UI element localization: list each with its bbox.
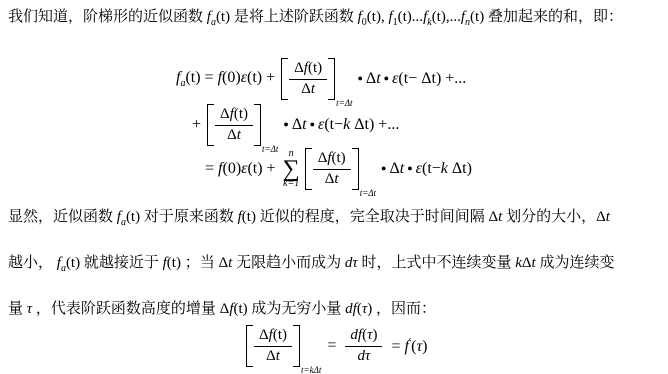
text-run: 我们知道，阶梯形的近似函数 [8, 9, 207, 25]
text-run: ) [422, 338, 427, 355]
fraction-numerator: Δf(t) [254, 327, 292, 346]
summation-sigma: n ∑ k=1 [283, 149, 300, 189]
right-bracket-icon [352, 148, 359, 190]
text-run: Δ [301, 81, 311, 97]
bracket-subscript-final: t=kΔt [301, 365, 321, 374]
text-run: (t− [422, 160, 441, 177]
text-run: 对于原来函数 [144, 209, 238, 225]
text-run: Δt) [448, 160, 472, 177]
text-run: (t) + [247, 69, 279, 86]
text-run: (t),... [432, 9, 461, 25]
text-run: t [311, 81, 315, 97]
text-run: Δ [318, 150, 328, 166]
sigma-icon: ∑ [283, 159, 300, 179]
text-run: Δ [227, 127, 237, 143]
left-bracket-icon [281, 58, 288, 100]
fraction-dft-dt: Δf(t) Δt [288, 58, 328, 100]
text-run: ● [381, 163, 386, 173]
text-run: df [350, 327, 362, 343]
paragraph-2-line-2: 越小， fa(t) 就越接近于 f(t) ；当 Δt 无限趋小而成为 dτ 时，… [8, 252, 614, 280]
fraction-denominator: Δt [301, 80, 315, 98]
text-run: t [237, 127, 241, 143]
text-run: d [357, 348, 365, 364]
bracketed-difference-quotient-final: Δf(t) Δt t=kΔt [246, 325, 321, 367]
text-run: 近似的程度，完全取决于时间间隔 [260, 209, 489, 225]
text-run: 是将上述阶跃函数 [234, 9, 358, 25]
text-run: (t) [126, 209, 144, 225]
left-bracket-icon [246, 325, 253, 367]
text-run: 叠加起来的和，即： [488, 9, 623, 25]
text-run: t [400, 160, 404, 177]
text-run: 成为无穷小量 [251, 301, 345, 317]
text-run: 越小， [8, 255, 57, 271]
left-bracket-icon [305, 148, 312, 190]
fraction-dft-dt: Δf(t) Δt [253, 325, 293, 367]
text-run: Δ [366, 70, 376, 87]
text-run: = [387, 338, 404, 355]
fraction-dft-dt: Δf(t) Δt [214, 104, 254, 146]
paragraph-intro: 我们知道，阶梯形的近似函数 fa(t) 是将上述阶跃函数 f0(t), f1(t… [8, 6, 623, 34]
document-page: 我们知道，阶梯形的近似函数 fa(t) 是将上述阶跃函数 f0(t), f1(t… [0, 0, 668, 374]
fraction-dft-dt: Δf(t) Δt [312, 148, 352, 190]
equals-sign: = [323, 337, 340, 355]
text-run: ，代表阶跃函数高度的增量 [32, 301, 220, 317]
fraction-numerator: Δf(t) [313, 150, 351, 169]
eq3-tail: ●Δt●ε(t−k Δt) [378, 160, 472, 178]
text-run: ● [357, 73, 362, 83]
right-bracket-icon [328, 58, 335, 100]
text-run: (t) [233, 301, 251, 317]
text-run: Δ [259, 327, 269, 343]
text-run: (t) [273, 327, 287, 343]
text-run: (t)... [398, 9, 423, 25]
text-run: ● [407, 163, 412, 173]
text-run: Δ [218, 255, 228, 271]
text-run: (t) = [185, 69, 217, 86]
fraction-numerator: df(τ) [345, 327, 382, 346]
text-run: = [323, 337, 340, 354]
text-run: df [345, 301, 357, 317]
text-run: (t) [167, 255, 181, 271]
eq1-lhs: fa(t) = f(0)ε(t) + [176, 69, 279, 89]
derivative-result: = f′(τ) [387, 337, 427, 356]
text-run: Δ [292, 116, 302, 133]
text-run: Δ [220, 301, 230, 317]
text-run: 量 [8, 301, 27, 317]
sum-lower-limit: k=1 [283, 179, 299, 189]
text-run: (t) [242, 209, 260, 225]
text-run: (t) + [247, 160, 279, 177]
text-run: (t) [332, 150, 346, 166]
text-run: ● [384, 73, 389, 83]
text-run: ● [283, 119, 288, 129]
bracketed-difference-quotient-3: Δf(t) Δt t=Δt [305, 148, 376, 190]
text-run: ● [310, 119, 315, 129]
text-run: 划分的大小， [502, 209, 596, 225]
text-run: (0) [222, 69, 241, 86]
fraction-denominator: Δt [325, 170, 339, 188]
text-run: (t− [324, 116, 343, 133]
eq2-plus: + [192, 116, 205, 134]
text-run: 显然，近似函数 [8, 209, 117, 225]
equation-line-1: fa(t) = f(0)ε(t) + Δf(t) Δt t=Δt ●Δt●ε(t… [176, 53, 466, 105]
fraction-denominator: Δt [266, 347, 280, 365]
right-bracket-icon [254, 104, 261, 146]
text-run: t [302, 116, 306, 133]
text-run: t [376, 70, 380, 87]
eq3-lhs: = f(0)ε(t) + [205, 160, 280, 178]
text-run: Δ [389, 160, 399, 177]
eq1-tail: ●Δt●ε(t− Δt) +... [354, 70, 466, 88]
paragraph-2-line-3: 量 τ ，代表阶跃函数高度的增量 Δf(t) 成为无穷小量 df(τ) ，因而： [8, 298, 436, 320]
text-run: τ [365, 348, 370, 364]
text-run: t [606, 209, 610, 225]
bracket-subscript: t=Δt [360, 188, 376, 198]
text-run: 时，上式中不连续变量 [358, 255, 516, 271]
bracketed-difference-quotient-1: Δf(t) Δt t=Δt [281, 58, 352, 100]
text-run: Δ [522, 255, 532, 271]
text-run: k [515, 255, 522, 271]
text-run: = [205, 160, 218, 177]
text-run: 成为连续变 [536, 255, 615, 271]
fraction-numerator: Δf(t) [215, 106, 253, 125]
text-run: + [192, 116, 205, 133]
text-run: Δt) +... [350, 116, 399, 133]
text-run: t=kΔt [301, 365, 321, 374]
text-run: (0) [222, 160, 241, 177]
text-run: Δ [220, 106, 230, 122]
fraction-dftau-dtau: df(τ) dτ [344, 325, 383, 367]
text-run: t [334, 171, 338, 187]
text-run: ，因而： [372, 301, 436, 317]
paragraph-2-line-1: 显然，近似函数 fa(t) 对于原来函数 f(t) 近似的程度，完全取决于时间间… [8, 206, 610, 234]
text-run: Δ [325, 171, 335, 187]
text-run: 就越接近于 [84, 255, 163, 271]
eq2-tail: ●Δt●ε(t−k Δt) +... [280, 116, 399, 134]
text-run: (t) [216, 9, 234, 25]
text-run: Δ [294, 60, 304, 76]
text-run: (t− Δt) +... [398, 70, 466, 87]
fraction-numerator: Δf(t) [289, 60, 327, 79]
text-run: Δ [266, 348, 276, 364]
right-bracket-icon [293, 325, 300, 367]
text-run: Δ [596, 209, 606, 225]
text-run: (t) [66, 255, 84, 271]
fraction-denominator: dτ [357, 347, 370, 365]
text-run: t [276, 348, 280, 364]
equation-line-3: = f(0)ε(t) + n ∑ k=1 Δf(t) Δt t=Δt ●Δt●ε… [205, 143, 472, 195]
left-bracket-icon [207, 104, 214, 146]
text-run: Δ [488, 209, 498, 225]
text-run: ；当 [181, 255, 219, 271]
text-run: (t) [308, 60, 322, 76]
equation-final: Δf(t) Δt t=kΔt = df(τ) dτ = f′(τ) [244, 320, 428, 372]
text-run: ) [372, 327, 377, 343]
fraction-denominator: Δt [227, 126, 241, 144]
text-run: (t) [470, 9, 488, 25]
text-run: (t) [234, 106, 248, 122]
bracketed-difference-quotient-2: Δf(t) Δt t=Δt [207, 104, 278, 146]
text-run: 无限趋小而成为 [232, 255, 345, 271]
text-run: t=Δt [360, 188, 376, 198]
text-run: k [441, 160, 448, 177]
text-run: (t), [367, 9, 389, 25]
